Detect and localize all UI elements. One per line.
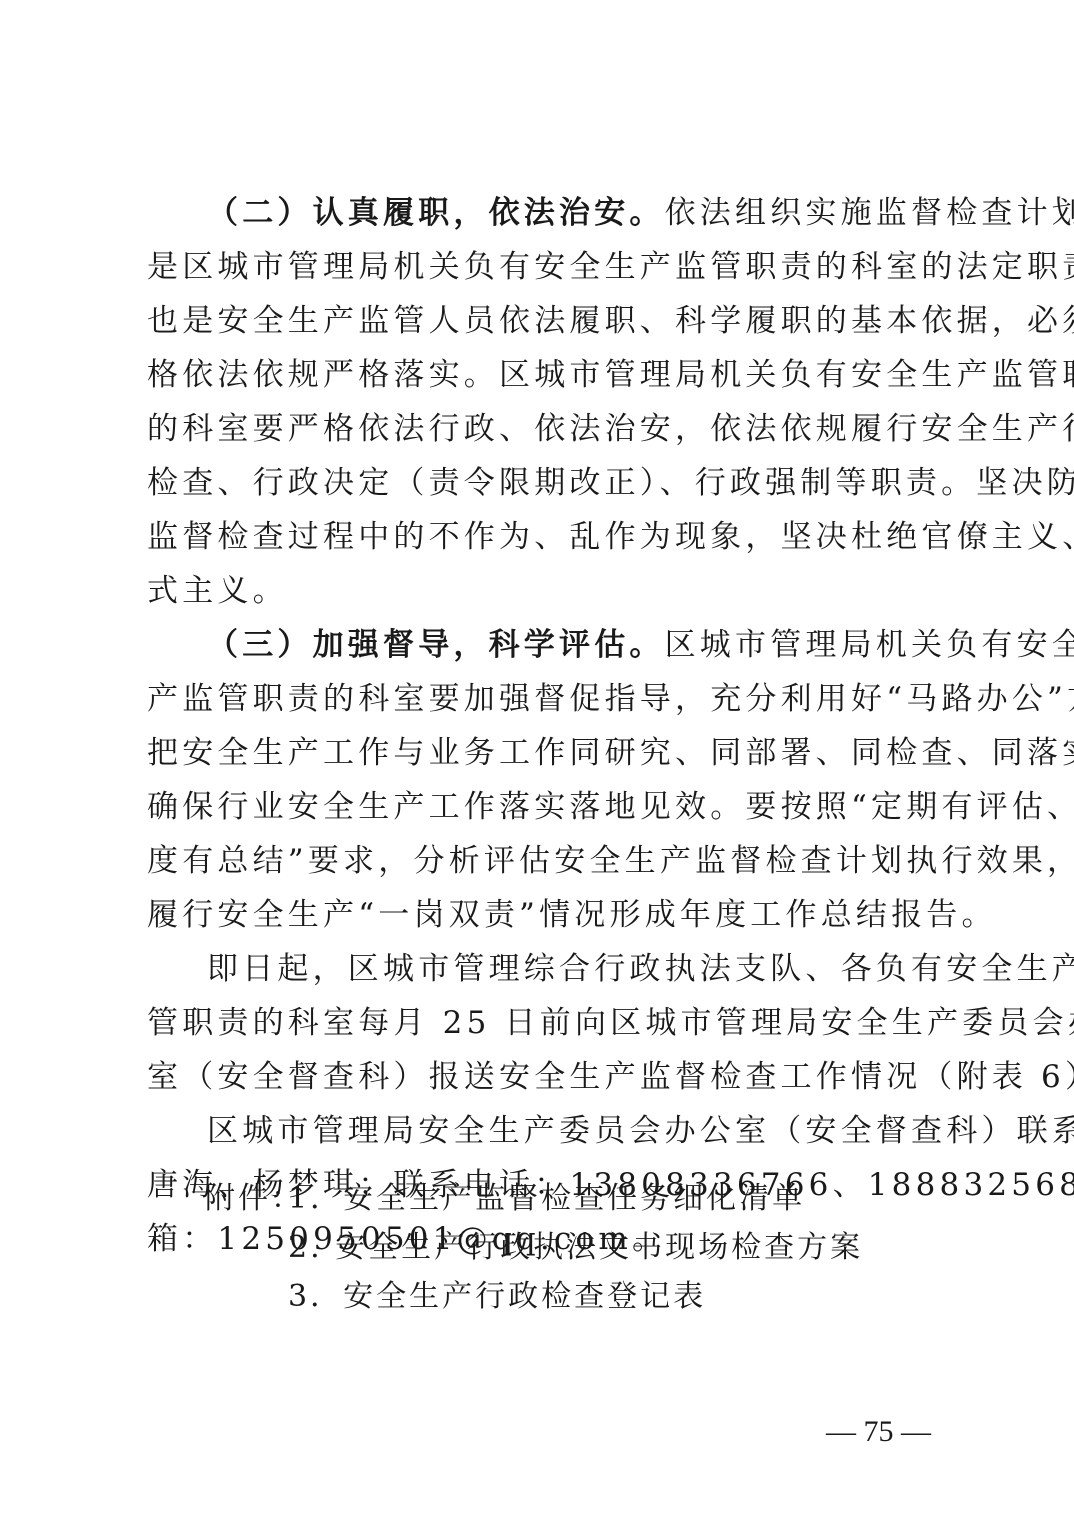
section-3-text: 区城市管理局机关负有安全生: [665, 627, 1074, 663]
paragraph-line: 确保行业安全生产工作落实落地见效。要按照“定期有评估、年: [147, 780, 947, 834]
contact-line: 区城市管理局安全生产委员会办公室（安全督查科）联系人：: [147, 1104, 947, 1158]
section-2-text: 依法组织实施监督检查计划，: [665, 195, 1074, 231]
section-3-heading: （三）加强督导，科学评估。: [207, 627, 665, 663]
paragraph-line: 监督检查过程中的不作为、乱作为现象，坚决杜绝官僚主义、形: [147, 510, 947, 564]
attachment-item: 1．安全生产监督检查任务细化清单: [288, 1172, 805, 1226]
attachment-item: 2. 安全生产行政执法文书现场检查方案: [288, 1221, 863, 1275]
reporting-line: 管职责的科室每月 25 日前向区城市管理局安全生产委员会办公: [147, 996, 947, 1050]
page-number: — 75 —: [826, 1412, 931, 1452]
paragraph-line: 度有总结”要求，分析评估安全生产监督检查计划执行效果，与: [147, 834, 947, 888]
paragraph-line: 式主义。: [147, 564, 947, 618]
paragraph-line: 格依法依规严格落实。区城市管理局机关负有安全生产监管职责: [147, 348, 947, 402]
paragraph-line: 产监管职责的科室要加强督促指导，充分利用好“马路办公”方式，: [147, 672, 947, 726]
attachment-item: 3．安全生产行政检查登记表: [288, 1270, 706, 1324]
reporting-line: 即日起，区城市管理综合行政执法支队、各负有安全生产监: [147, 942, 947, 996]
section-2-first-line: （二）认真履职，依法治安。依法组织实施监督检查计划，: [147, 186, 947, 240]
paragraph-line: 是区城市管理局机关负有安全生产监管职责的科室的法定职责，: [147, 240, 947, 294]
paragraph-line: 也是安全生产监管人员依法履职、科学履职的基本依据，必须严: [147, 294, 947, 348]
section-2-heading: （二）认真履职，依法治安。: [207, 195, 665, 231]
reporting-line: 室（安全督查科）报送安全生产监督检查工作情况（附表 6）。: [147, 1050, 947, 1104]
paragraph-line: 把安全生产工作与业务工作同研究、同部署、同检查、同落实，: [147, 726, 947, 780]
document-page: （二）认真履职，依法治安。依法组织实施监督检查计划， 是区城市管理局机关负有安全…: [0, 0, 1074, 1520]
section-3-first-line: （三）加强督导，科学评估。区城市管理局机关负有安全生: [147, 618, 947, 672]
paragraph-line: 履行安全生产“一岗双责”情况形成年度工作总结报告。: [147, 888, 947, 942]
paragraph-line: 的科室要严格依法行政、依法治安，依法依规履行安全生产行政: [147, 402, 947, 456]
paragraph-line: 检查、行政决定（责令限期改正）、行政强制等职责。坚决防止: [147, 456, 947, 510]
